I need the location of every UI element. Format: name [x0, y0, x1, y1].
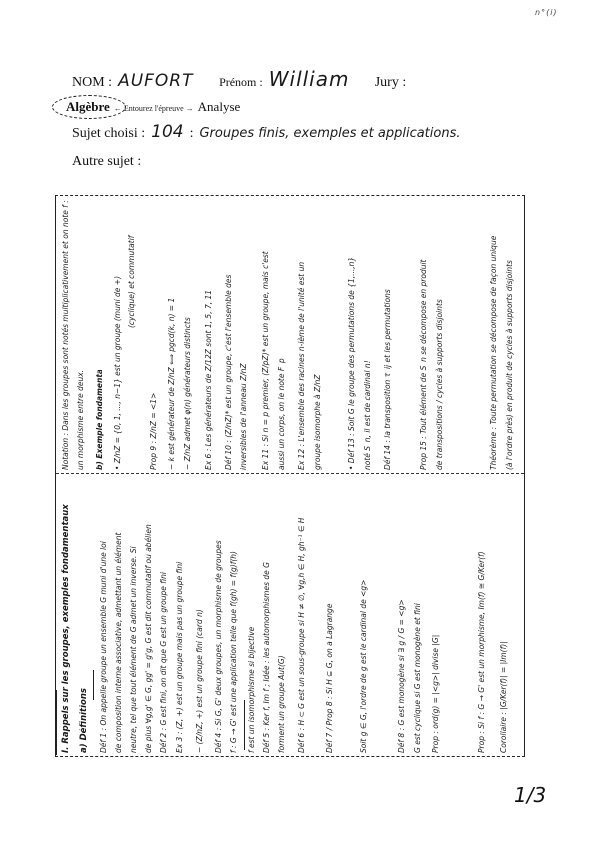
text-line: Déf 4 : Si G, G' deux groupes, un morphi… [215, 478, 223, 753]
sujet-separator: : [190, 126, 194, 142]
text-line: (cyclique) et commutatif [128, 198, 136, 328]
text-line: Déf 8 : G est monogène si ∃ g / G = <g> [398, 478, 406, 753]
margin-rule [93, 670, 94, 700]
text-line: Prop : ord(g) = |<g>| divise |G| [432, 478, 440, 753]
text-line: Théorème : Toute permutation se décompos… [490, 205, 498, 470]
text-line: Déf 14 : la transposition τ_ij et les pe… [384, 205, 392, 470]
text-line: Déf 10 : (Z/nZ)* est un groupe, c'est l'… [225, 210, 233, 470]
text-line: Prop 15 : Tout élément de S_n se décompo… [420, 205, 428, 470]
content-box [55, 195, 525, 757]
text-line: Notation : Dans les groupes sont notés m… [62, 198, 70, 470]
text-line: un morphisme entre deux. [77, 320, 85, 470]
text-line: inversibles de l'anneau Z/nZ [240, 300, 248, 470]
text-line: aussi un corps, on le note F_p [278, 230, 286, 470]
text-line: neutre, tel que tout élément de G admet … [130, 478, 138, 753]
name-row: NOM : AUFORT Prénom : William Jury : [72, 67, 532, 91]
sujet-row: Sujet choisi : 104 : Groupes finis, exem… [72, 122, 460, 142]
nom-value: AUFORT [118, 71, 213, 91]
text-line: Ex 3 : (Z, +) est un groupe mais pas un … [176, 478, 184, 753]
text-line: Ex 6 : Les générateurs de Z/12Z sont 1̄,… [205, 210, 213, 470]
algebre-option: Algèbre [66, 99, 110, 115]
text-line: • Déf 13 : Soit G le groupe des permutat… [348, 210, 356, 470]
text-line: Ex 11 : Si n = p premier, (Z/pZ)* est un… [262, 210, 270, 470]
autre-sujet-label: Autre sujet : [72, 154, 141, 170]
text-line: Ex 12 : L'ensemble des racines n-ième de… [298, 210, 306, 470]
text-line: Déf 5 : Ker f, Im f ; Idée : les automor… [263, 478, 271, 753]
prenom-value: William [269, 67, 369, 91]
text-line: Déf 7 / Prop 8 : Si H ⊆ G, on a Lagrange [326, 478, 334, 753]
corner-annotation: n°(i) [535, 8, 558, 17]
margin-rule [56, 690, 57, 755]
content-divider [56, 473, 524, 474]
sujet-label: Sujet choisi : [72, 126, 145, 142]
text-line: • Z/nZ = {0̄, 1̄, ..., n−1̄} est un grou… [114, 198, 122, 470]
margin-rule [244, 700, 245, 750]
nom-label: NOM : [72, 75, 112, 91]
text-line: Prop : Si f : G → G' est un morphisme, I… [478, 478, 486, 753]
text-line: Soit g ∈ G, l'ordre de g est le cardinal… [360, 478, 368, 753]
text-line: groupe isomorphe à Z/nZ [314, 220, 322, 470]
text-line: Déf 6 : H ⊂ G est un sous-groupe si H ≠ … [298, 478, 306, 753]
text-line: − (Z/nZ, +) est un groupe fini (card n) [196, 560, 204, 753]
prenom-label: Prénom : [219, 75, 263, 90]
entourez-instruction: ← Entourez l'épreuve → [114, 104, 194, 113]
text-line: noté S_n, il est de cardinal n! [364, 215, 372, 470]
text-line: f : G → G' est une application telle que… [230, 478, 238, 753]
section-heading: a) Définitions [80, 670, 89, 753]
sujet-number: 104 [151, 122, 183, 142]
text-line: de plus ∀g,g' ∈ G, gg' = g'g, G est dit … [145, 478, 153, 753]
text-line: f est un isomorphisme si bijective [248, 478, 256, 753]
sujet-title: Groupes finis, exemples et applications. [199, 126, 460, 141]
text-line: Prop 9 : Z/nZ = <1̄> [150, 380, 158, 470]
text-line: − k̄ est générateur de Z/nZ ⟺ pgcd(k, n)… [168, 220, 176, 470]
text-line: forment un groupe Aut(G) [278, 600, 286, 753]
text-line: G est cyclique si G est monogène et fini [414, 478, 422, 753]
jury-label: Jury : [375, 75, 407, 91]
text-line: − Z/nZ admet φ(n) générateurs distincts [184, 240, 192, 470]
analyse-option: Analyse [198, 99, 241, 115]
epreuve-row: Algèbre ← Entourez l'épreuve → Analyse [66, 99, 240, 115]
text-line: Corollaire : |G/Ker(f)| = |Im(f)| [500, 478, 508, 753]
page-number: 1/3 [514, 783, 546, 807]
text-line: (à l'ordre près) en produit de cycles à … [506, 205, 514, 470]
text-line: Déf 1 : On appelle groupe un ensemble G … [100, 478, 108, 753]
text-line: de transpositions / cycles à supports di… [436, 205, 444, 470]
part-heading: I. Rappels sur les groupes, exemples fon… [62, 478, 71, 753]
text-line: Déf 2 : G est fini, on dit que G est un … [160, 478, 168, 753]
text-line: de composition interne associative, adme… [115, 478, 123, 753]
section-heading: b) Exemple fondamental [96, 370, 104, 470]
